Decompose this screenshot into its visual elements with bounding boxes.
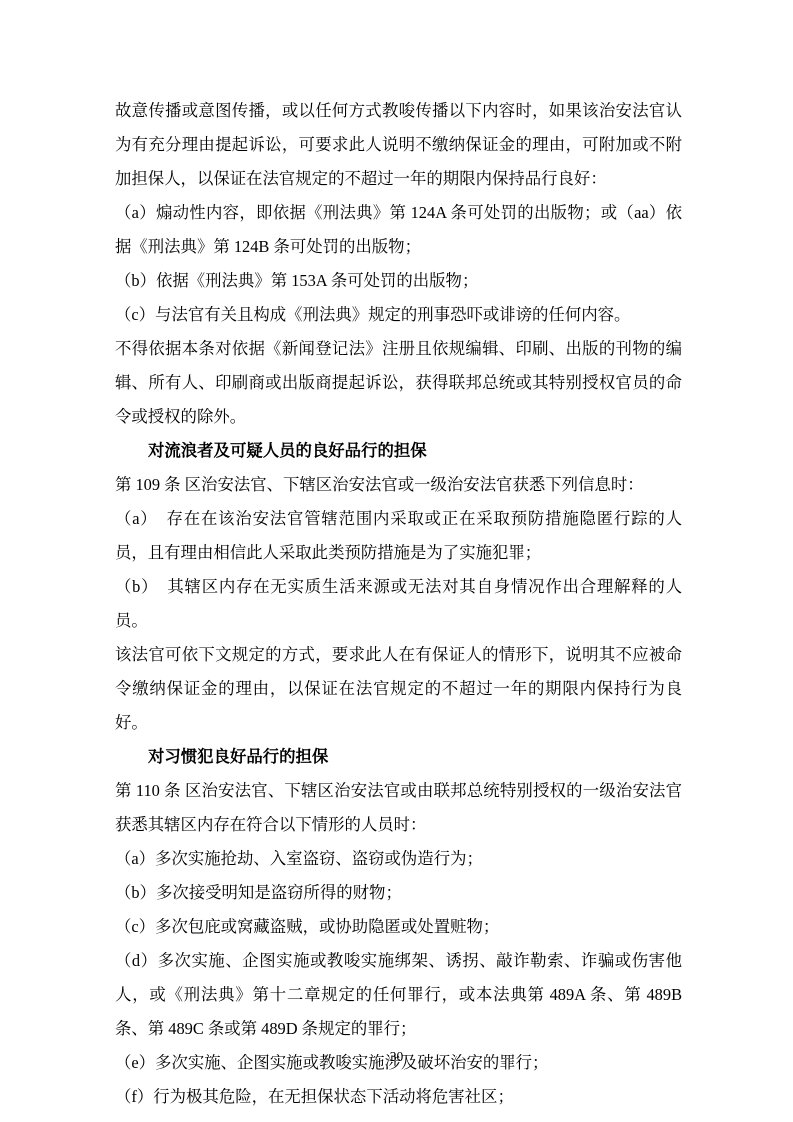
paragraph: （f）行为极其危险，在无担保状态下活动将危害社区； xyxy=(115,1080,682,1114)
paragraph: （a）煽动性内容，即依据《刑法典》第 124A 条可处罚的出版物；或（aa）依据… xyxy=(115,196,682,264)
paragraph: （b）依据《刑法典》第 153A 条可处罚的出版物； xyxy=(115,264,682,298)
paragraph: （c）与法官有关且构成《刑法典》规定的刑事恐吓或诽谤的任何内容。 xyxy=(115,298,682,332)
paragraph: 第 109 条 区治安法官、下辖区治安法官或一级治安法官获悉下列信息时： xyxy=(115,468,682,502)
paragraph: （a） 存在在该治安法官管辖范围内采取或正在采取预防措施隐匿行踪的人员，且有理由… xyxy=(115,502,682,570)
paragraph: （d）多次实施、企图实施或教唆实施绑架、诱拐、敲诈勒索、诈骗或伤害他人，或《刑法… xyxy=(115,944,682,1046)
section-heading: 对习惯犯良好品行的担保 xyxy=(115,740,682,774)
document-body: 故意传播或意图传播，或以任何方式教唆传播以下内容时，如果该治安法官认为有充分理由… xyxy=(115,94,682,1114)
document-page: 故意传播或意图传播，或以任何方式教唆传播以下内容时，如果该治安法官认为有充分理由… xyxy=(0,0,793,1122)
paragraph: （b） 其辖区内存在无实质生活来源或无法对其自身情况作出合理解释的人员。 xyxy=(115,570,682,638)
paragraph: 第 110 条 区治安法官、下辖区治安法官或由联邦总统特别授权的一级治安法官获悉… xyxy=(115,774,682,842)
paragraph: 不得依据本条对依据《新闻登记法》注册且依规编辑、印刷、出版的刊物的编辑、所有人、… xyxy=(115,332,682,434)
page-number: 30 xyxy=(0,1048,793,1066)
paragraph: （c）多次包庇或窝藏盗贼，或协助隐匿或处置赃物； xyxy=(115,910,682,944)
paragraph: 该法官可依下文规定的方式，要求此人在有保证人的情形下，说明其不应被命令缴纳保证金… xyxy=(115,638,682,740)
paragraph: （b）多次接受明知是盗窃所得的财物； xyxy=(115,876,682,910)
paragraph: 故意传播或意图传播，或以任何方式教唆传播以下内容时，如果该治安法官认为有充分理由… xyxy=(115,94,682,196)
paragraph: （a）多次实施抢劫、入室盗窃、盗窃或伪造行为； xyxy=(115,842,682,876)
section-heading: 对流浪者及可疑人员的良好品行的担保 xyxy=(115,434,682,468)
